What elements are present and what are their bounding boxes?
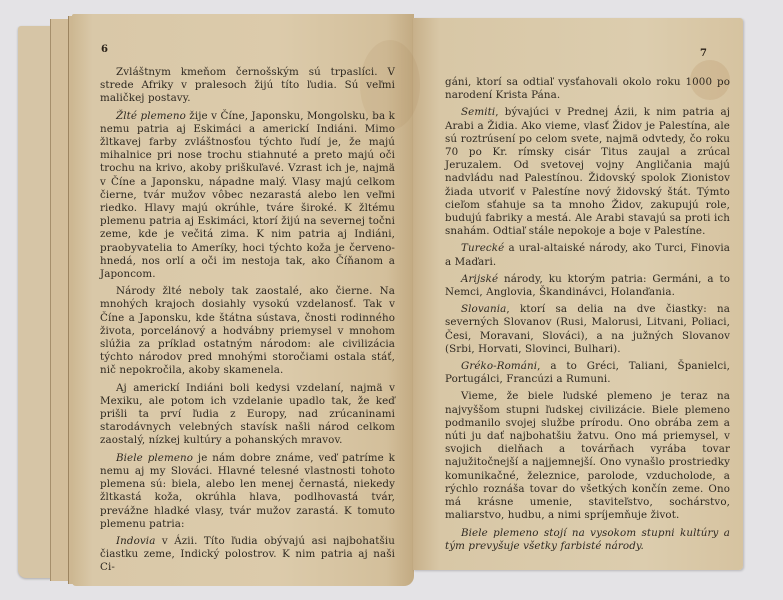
left-page-text: Zvláštnym kmeňom černošským sú trpaslíci… [100, 66, 395, 579]
paragraph: Arijské národy, ku ktorým patria: Germán… [445, 273, 730, 299]
paragraph: Vieme, že biele ľudské plemeno je teraz … [445, 390, 730, 522]
paragraph: Biele plemeno je nám dobre známe, veď pa… [100, 452, 395, 531]
right-page-text: gáni, ktorí sa odtiaľ vysťahovali okolo … [445, 76, 730, 557]
paragraph: Turecké a ural-altaiské národy, ako Turc… [445, 242, 730, 268]
paragraph: Indovia v Ázii. Títo ľudia obývajú asi n… [100, 535, 395, 575]
page-number-left: 6 [101, 44, 108, 55]
page-number-right: 7 [700, 48, 707, 59]
paragraph: Semiti, bývajúci v Prednej Ázii, k nim p… [445, 106, 730, 238]
paragraph: Zvláštnym kmeňom černošským sú trpaslíci… [100, 66, 395, 106]
paragraph: Gréko-Románi, a to Gréci, Taliani, Špani… [445, 360, 730, 386]
paragraph: Slovania, ktorí sa delia na dve čiastky:… [445, 303, 730, 356]
paragraph: Národy žlté neboly tak zaostalé, ako čie… [100, 285, 395, 377]
paragraph: gáni, ktorí sa odtiaľ vysťahovali okolo … [445, 76, 730, 102]
paragraph: Žlté plemeno žije v Číne, Japonsku, Mong… [100, 110, 395, 282]
closing-paragraph: Biele plemeno stojí na vysokom stupni ku… [445, 527, 730, 553]
paragraph: Aj americkí Indiáni boli kedysi vzdelaní… [100, 382, 395, 448]
